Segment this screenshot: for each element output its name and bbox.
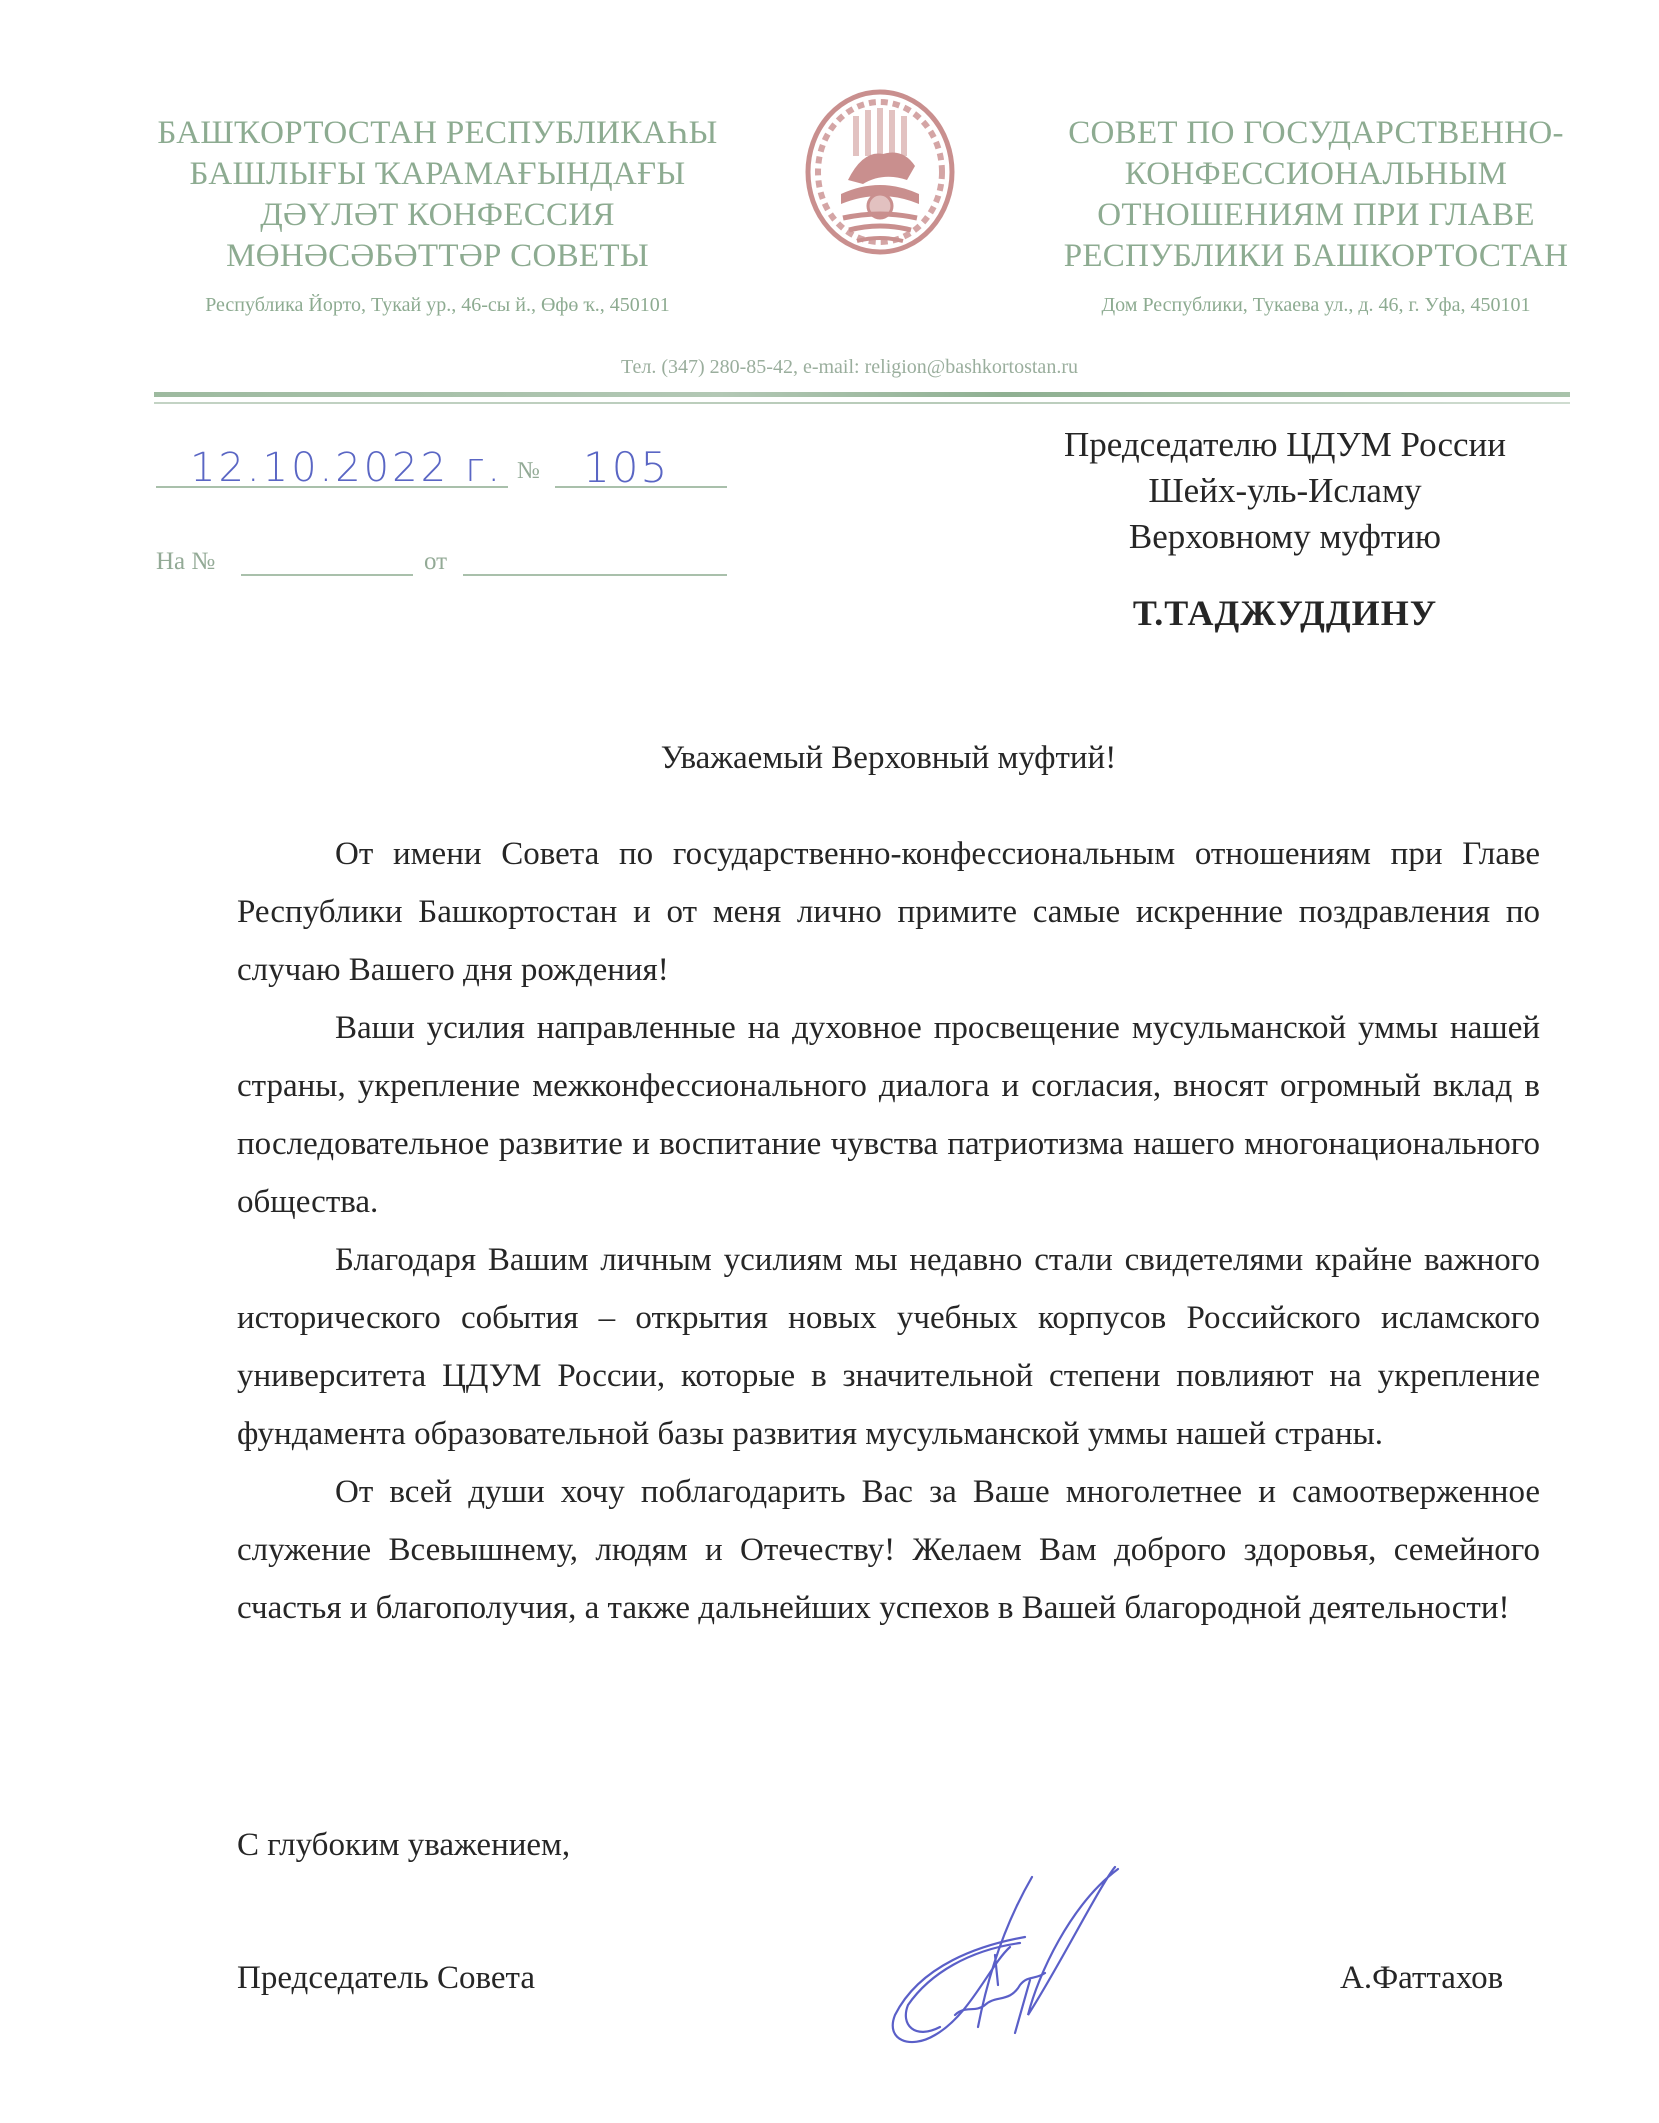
reference-number-label: На № — [156, 548, 215, 576]
body-paragraph: От имени Совета по государственно-конфес… — [237, 825, 1540, 999]
reference-from-label: от — [424, 548, 447, 576]
letterhead-right-line: КОНФЕССИОНАЛЬНЫМ — [1000, 154, 1632, 195]
date-underline — [156, 486, 508, 488]
emblem-icon — [803, 88, 957, 256]
addressee-line: Председателю ЦДУМ России — [985, 422, 1585, 468]
body-paragraph: От всей души хочу поблагодарить Вас за В… — [237, 1463, 1540, 1637]
outgoing-number: 105 — [583, 443, 669, 492]
addressee-line: Верховному муфтию — [985, 514, 1585, 560]
reference-number-line — [241, 574, 413, 576]
number-underline — [555, 486, 727, 488]
letterhead-left-line: МӨНӘСӘБӘТТӘР СОВЕТЫ — [120, 236, 755, 277]
signer-name: А.Фаттахов — [1340, 1960, 1503, 1997]
closing-phrase: С глубоким уважением, — [237, 1827, 570, 1864]
addressee-line: Шейх-уль-Исламу — [985, 468, 1585, 514]
signature-icon — [860, 1855, 1140, 2055]
letterhead-left: БАШҠОРТОСТАН РЕСПУБЛИКАҺЫ БАШЛЫҒЫ ҠАРАМА… — [120, 113, 755, 277]
letterhead-right-line: СОВЕТ ПО ГОСУДАРСТВЕННО- — [1000, 113, 1632, 154]
letterhead-right: СОВЕТ ПО ГОСУДАРСТВЕННО- КОНФЕССИОНАЛЬНЫ… — [1000, 113, 1632, 277]
letterhead-contact: Тел. (347) 280-85-42, e-mail: religion@b… — [0, 356, 1659, 379]
greeting: Уважаемый Верховный муфтий! — [0, 740, 1659, 777]
letterhead-left-line: БАШҠОРТОСТАН РЕСПУБЛИКАҺЫ — [120, 113, 755, 154]
letterhead-left-address: Республика Йорто, Тукай ур., 46-сы й., Ө… — [120, 294, 755, 317]
outgoing-date: 12.10.2022 г. — [190, 445, 503, 491]
addressee-block: Председателю ЦДУМ России Шейх-уль-Исламу… — [985, 422, 1585, 636]
letterhead-right-address: Дом Республики, Тукаева ул., д. 46, г. У… — [1000, 294, 1632, 317]
letterhead-left-line: ДӘҮЛӘТ КОНФЕССИЯ — [120, 195, 755, 236]
number-label: № — [517, 458, 540, 485]
reference-date-line — [463, 574, 727, 576]
addressee-name: Т.ТАДЖУДДИНУ — [985, 590, 1585, 636]
body-paragraph: Ваши усилия направленные на духовное про… — [237, 999, 1540, 1231]
letterhead-divider-thin — [154, 402, 1570, 404]
letterhead-right-line: ОТНОШЕНИЯМ ПРИ ГЛАВЕ — [1000, 195, 1632, 236]
signer-title: Председатель Совета — [237, 1960, 535, 1997]
body-paragraph: Благодаря Вашим личным усилиям мы недавн… — [237, 1231, 1540, 1463]
letterhead-right-line: РЕСПУБЛИКИ БАШКОРТОСТАН — [1000, 236, 1632, 277]
letterhead-left-line: БАШЛЫҒЫ ҠАРАМАҒЫНДАҒЫ — [120, 154, 755, 195]
letter-body: От имени Совета по государственно-конфес… — [237, 825, 1540, 1637]
letterhead-divider-thick — [154, 392, 1570, 397]
